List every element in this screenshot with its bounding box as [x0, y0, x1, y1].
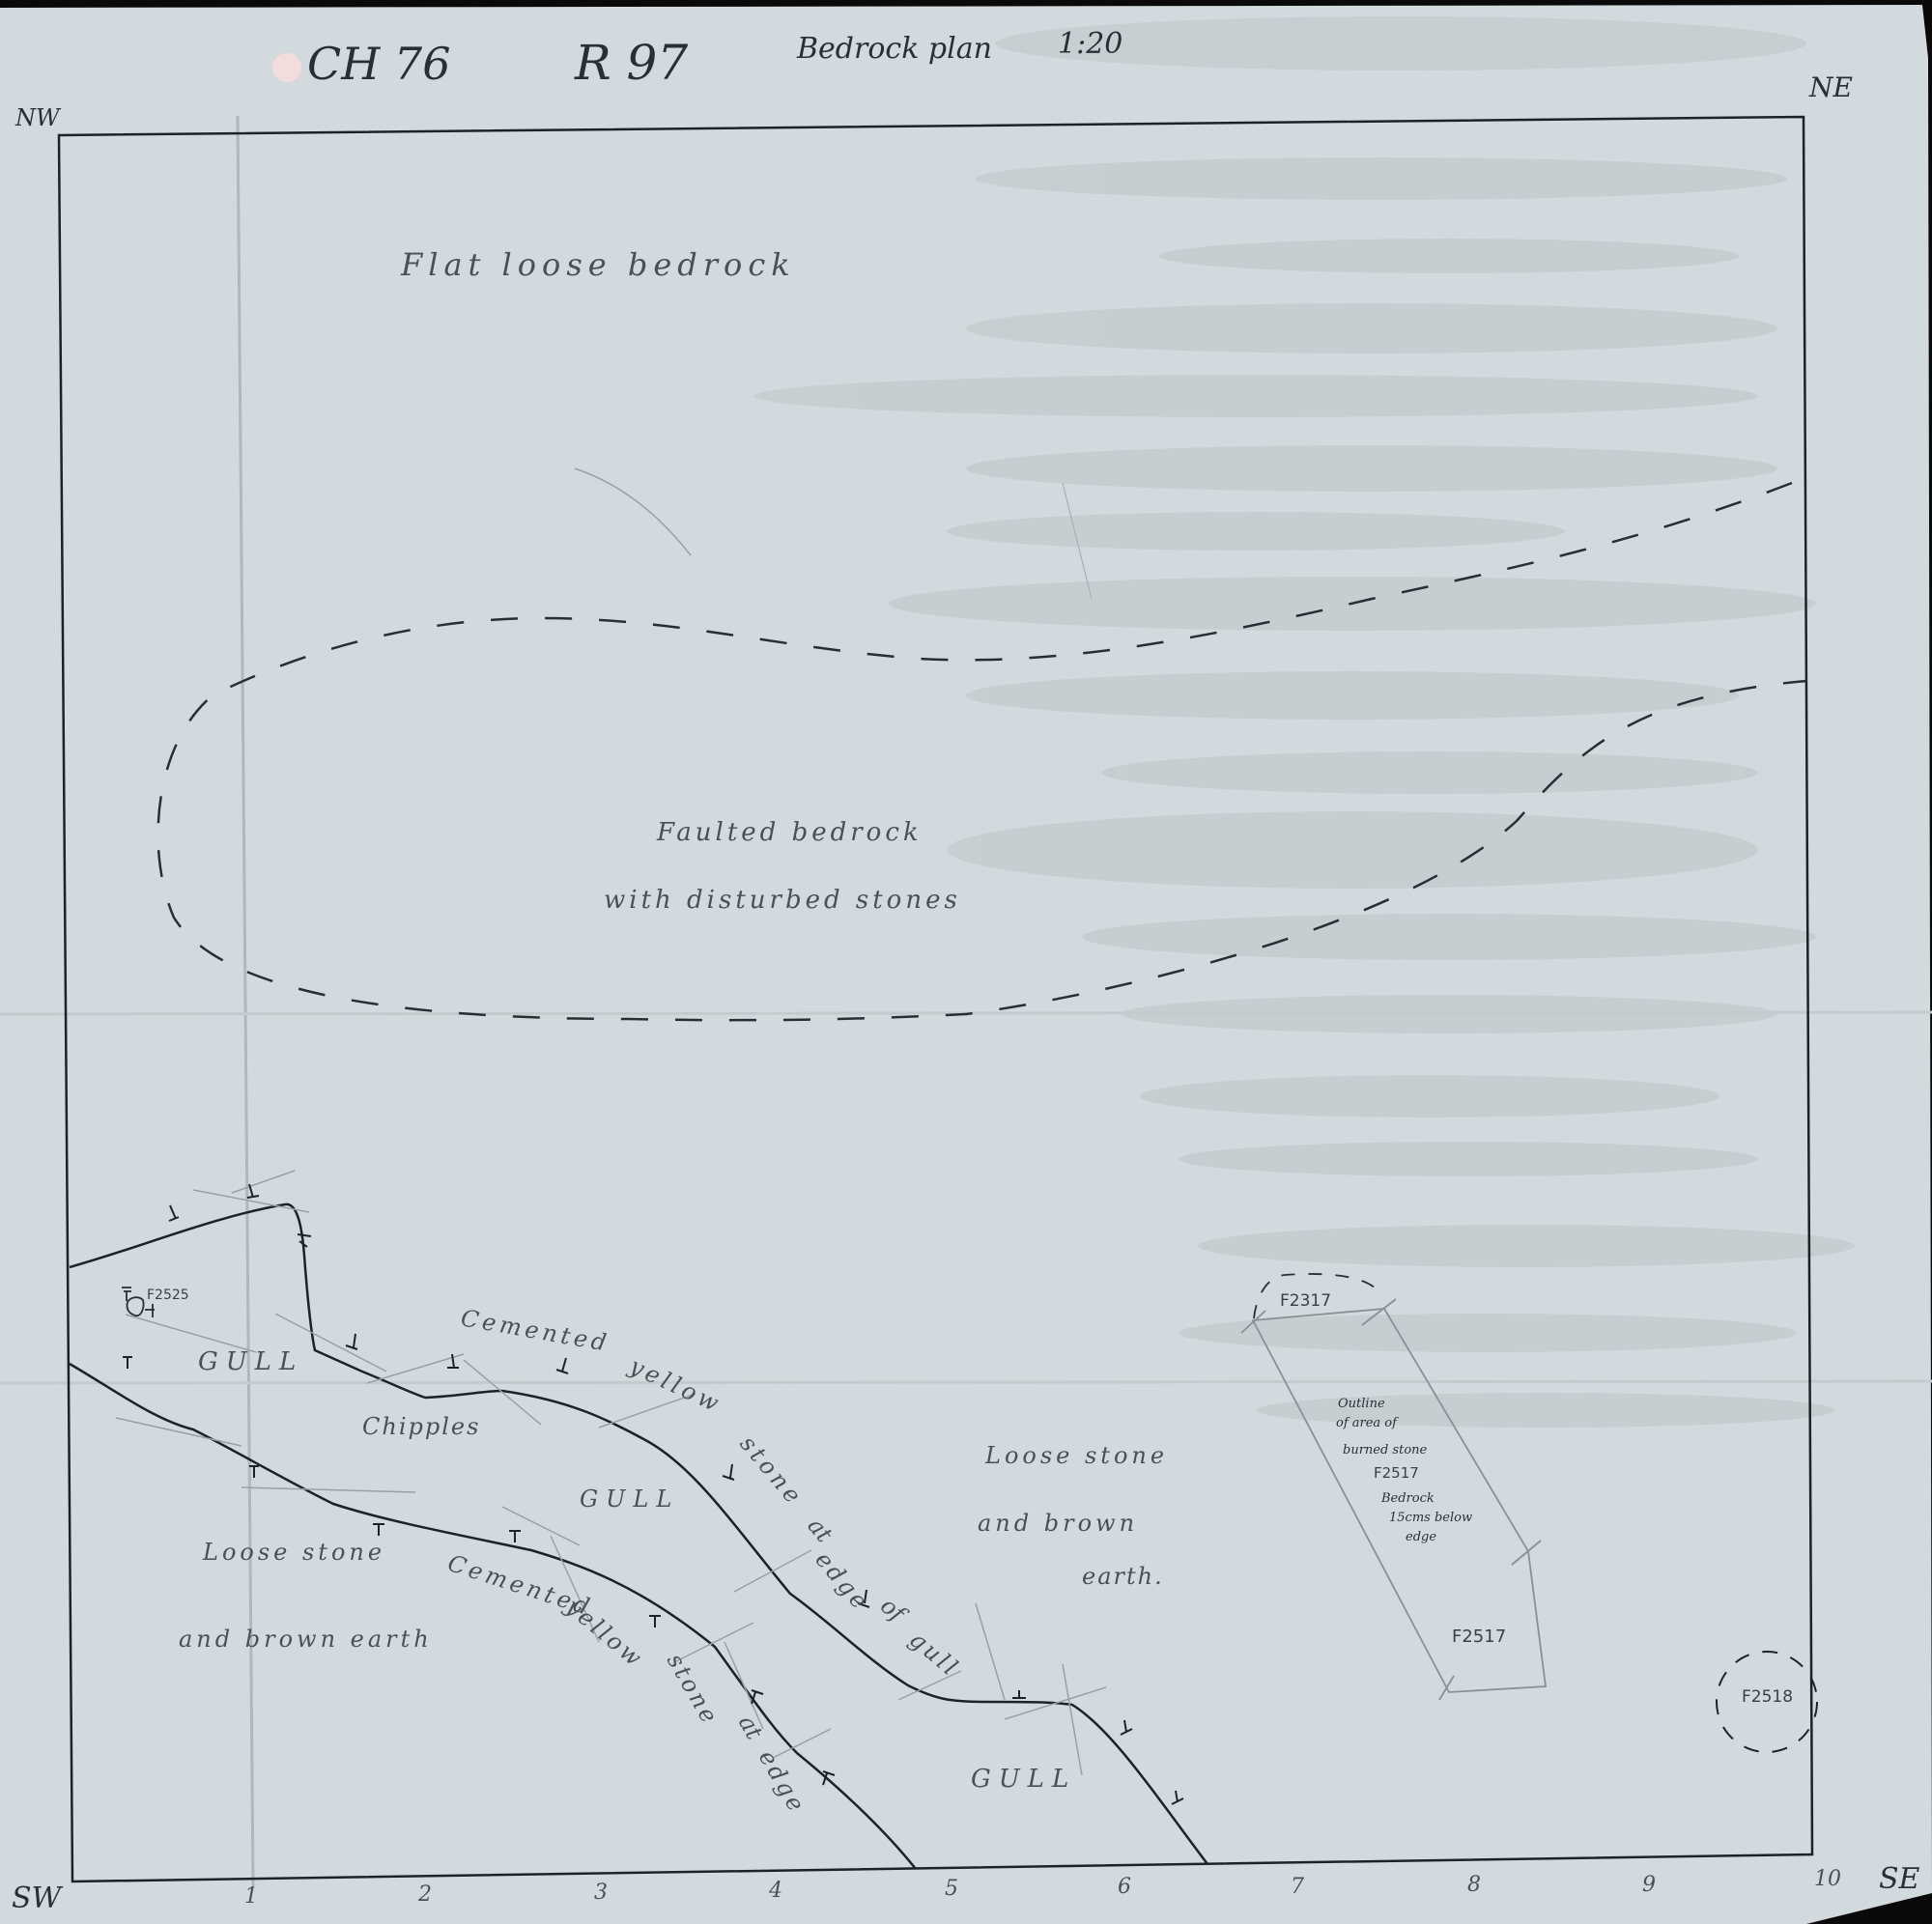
svg-text:Outline: Outline [1338, 1397, 1385, 1411]
svg-text:1: 1 [244, 1884, 258, 1909]
zone-loose-stone-right-line2: and brown [978, 1510, 1138, 1537]
zone-gull-bottom: GULL [971, 1765, 1076, 1794]
svg-text:F2517: F2517 [1374, 1464, 1419, 1482]
record-number: R 97 [574, 35, 688, 91]
zone-faulted-bedrock-line2: with disturbed stones [604, 886, 961, 915]
feature-f2518-label: F2518 [1742, 1687, 1793, 1707]
feature-f2517-label: F2517 [1452, 1627, 1506, 1647]
site-code: CH 76 [307, 38, 450, 90]
zone-faulted-bedrock-line1: Faulted bedrock [656, 818, 923, 847]
svg-text:4: 4 [768, 1879, 782, 1903]
svg-text:3: 3 [594, 1881, 608, 1905]
zone-chipples: Chipples [362, 1413, 480, 1440]
svg-text:6: 6 [1118, 1875, 1131, 1899]
feature-f2525-label: F2525 [147, 1287, 189, 1303]
svg-text:Bedrock: Bedrock [1380, 1491, 1435, 1506]
svg-text:8: 8 [1467, 1873, 1481, 1897]
svg-text:7: 7 [1291, 1875, 1304, 1899]
svg-text:5: 5 [945, 1877, 958, 1901]
plan-scale: 1:20 [1058, 27, 1122, 61]
zone-gull-left: GULL [198, 1347, 303, 1376]
zone-flat-loose-bedrock: Flat loose bedrock [400, 246, 796, 283]
fold-line [0, 1381, 1932, 1383]
zone-loose-stone-left-line1: Loose stone [202, 1539, 385, 1566]
zone-loose-stone-right-line1: Loose stone [984, 1442, 1168, 1469]
compass-se: SE [1879, 1862, 1920, 1896]
punch-hole-dot [272, 53, 301, 82]
feature-f2317-label: F2317 [1280, 1291, 1331, 1311]
zone-loose-stone-right-line3: earth. [1082, 1563, 1164, 1590]
svg-text:edge: edge [1406, 1530, 1436, 1544]
svg-text:10: 10 [1814, 1867, 1841, 1891]
plan-title: Bedrock plan [796, 32, 992, 66]
compass-nw: NW [14, 104, 62, 131]
svg-text:15cms below: 15cms below [1389, 1511, 1472, 1525]
zone-gull-middle: GULL [580, 1485, 679, 1513]
svg-text:2: 2 [417, 1882, 432, 1907]
bedrock-plan-sheet: CH 76 R 97 Bedrock plan 1:20 NW NE SW SE… [0, 0, 1932, 1924]
compass-ne: NE [1808, 71, 1853, 103]
compass-sw: SW [12, 1882, 64, 1915]
svg-text:burned stone: burned stone [1343, 1443, 1428, 1457]
zone-loose-stone-left-line2: and brown earth [179, 1626, 433, 1653]
svg-text:of area of: of area of [1336, 1416, 1399, 1430]
svg-text:9: 9 [1642, 1873, 1656, 1897]
